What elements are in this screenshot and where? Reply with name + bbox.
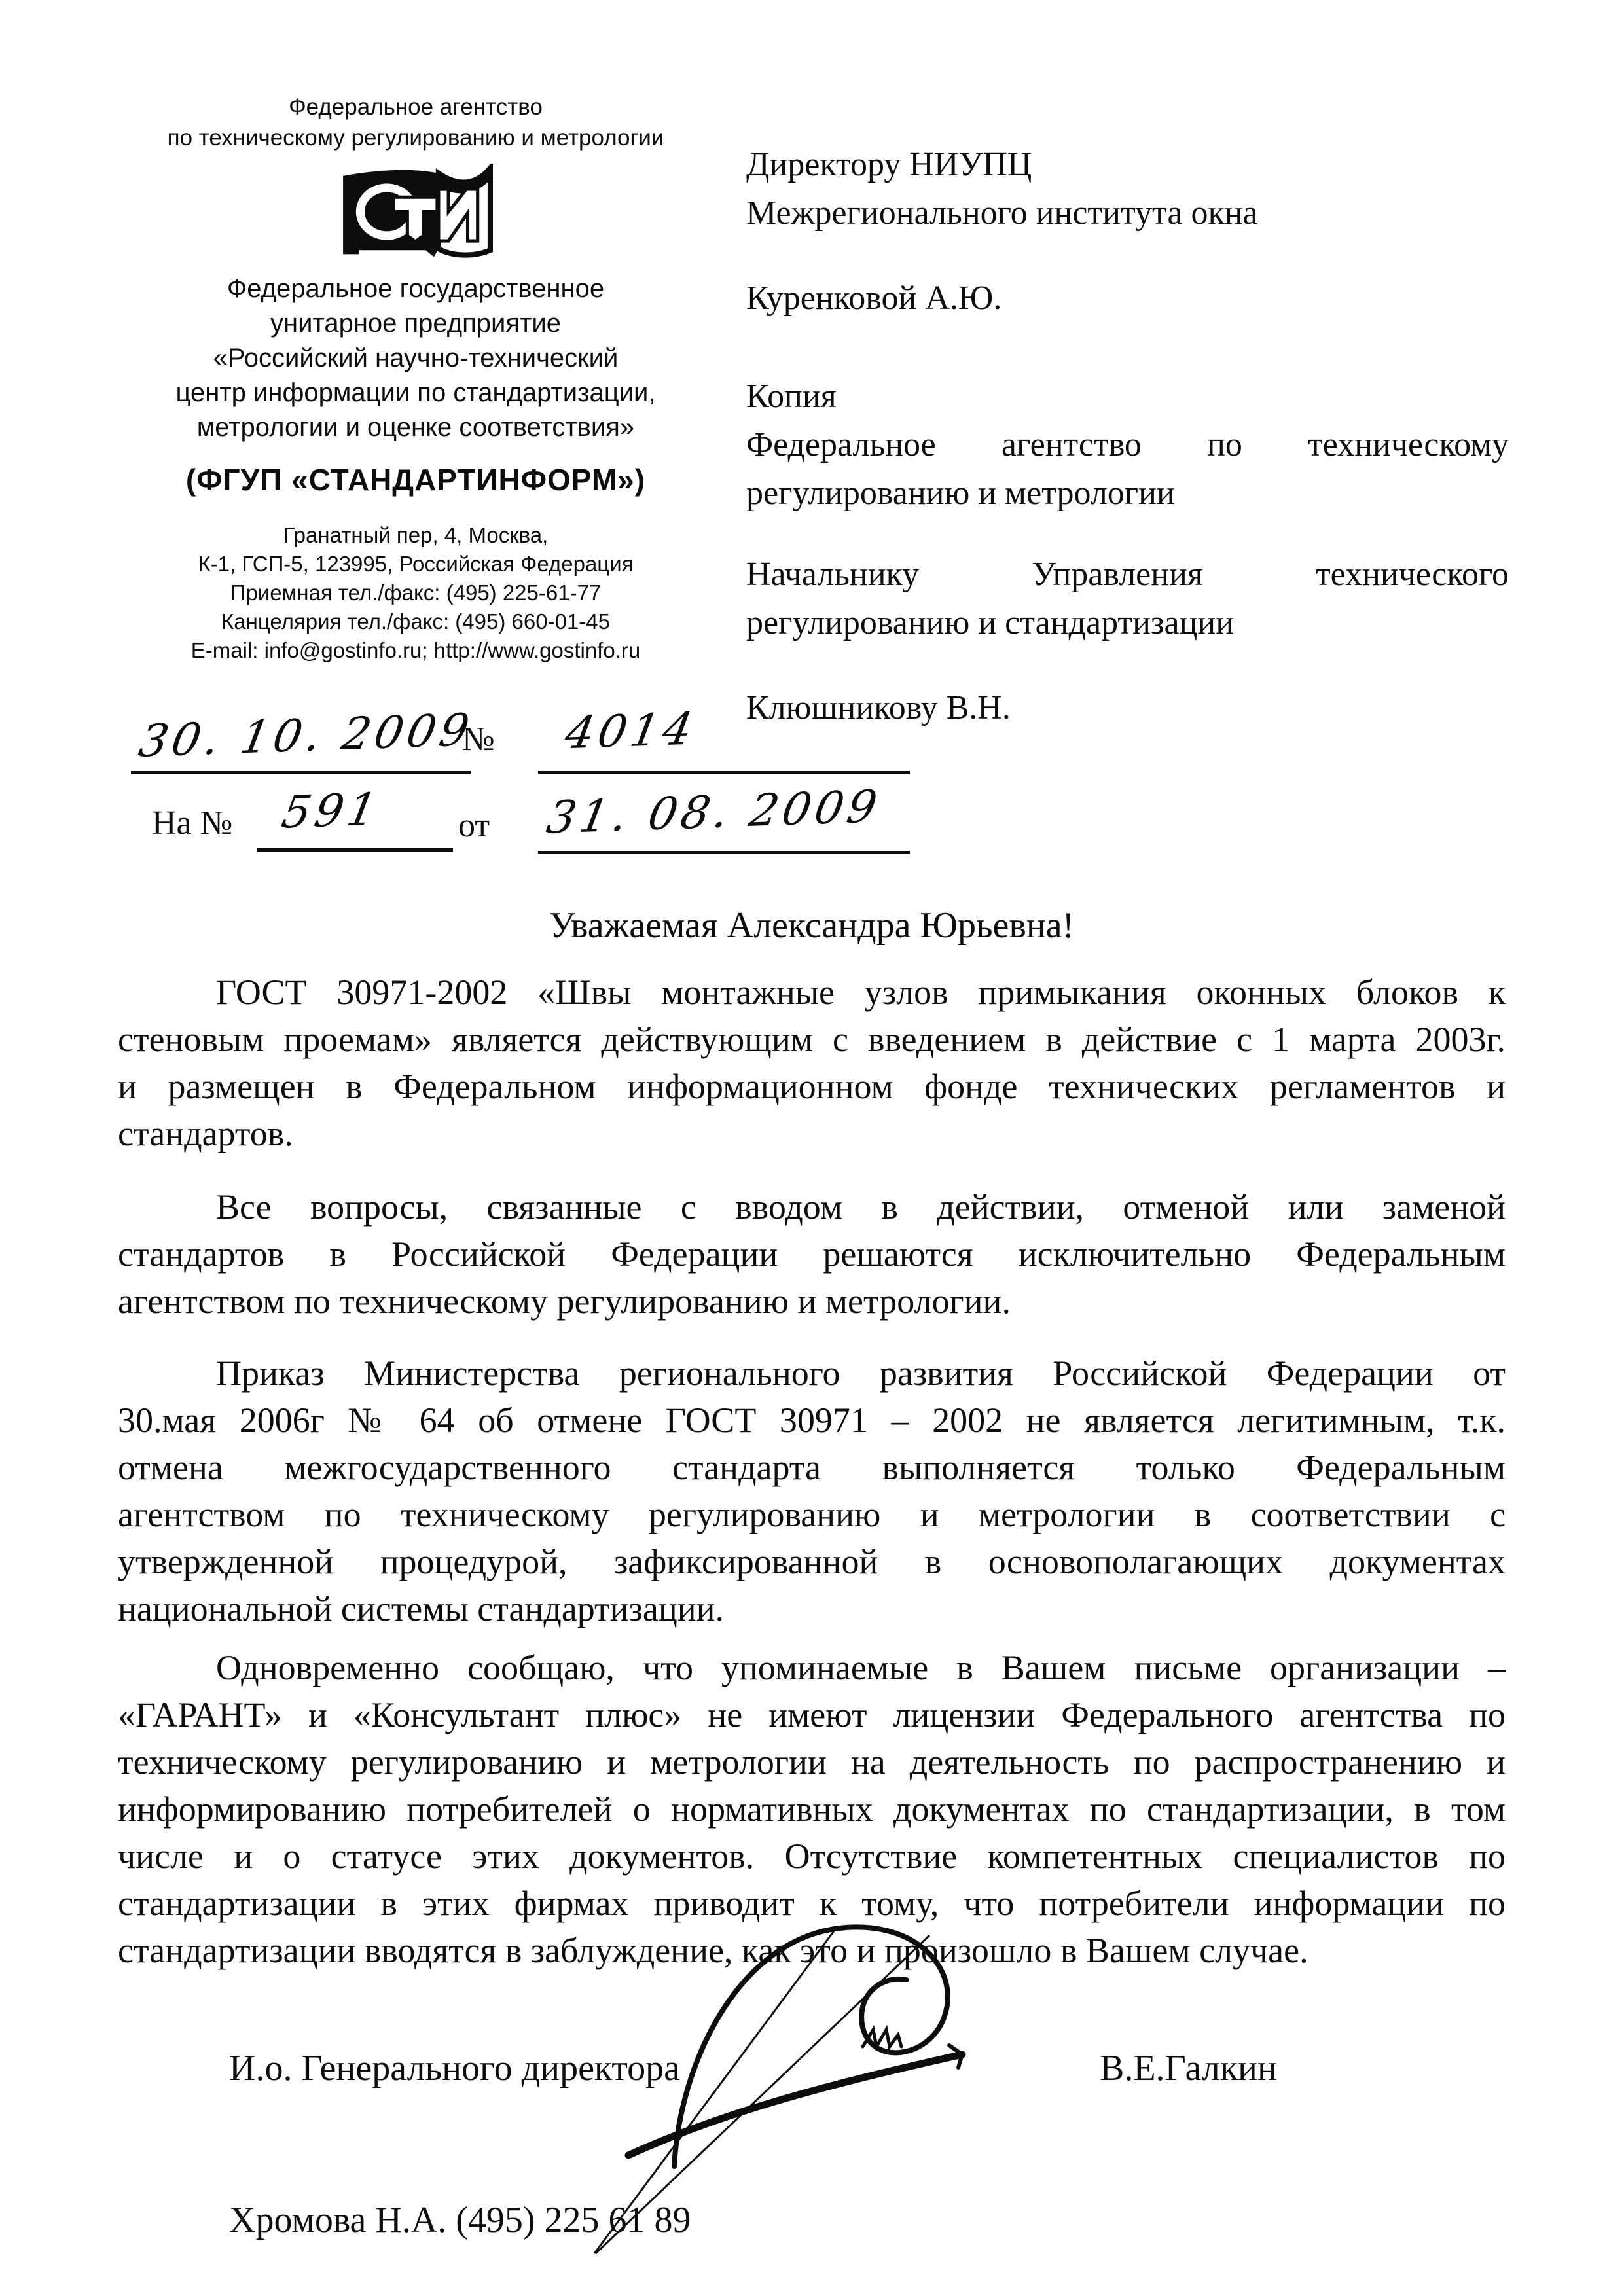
- signer-name: В.Е.Галкин: [1100, 2047, 1277, 2089]
- number-underline: [538, 771, 910, 774]
- body-line: и размещен в Федеральном информационном …: [118, 1063, 1506, 1110]
- incoming-number-underline: [257, 848, 453, 852]
- from-label: от: [458, 806, 490, 845]
- body-line: утвержденной процедурой, зафиксированной…: [118, 1538, 1506, 1585]
- company-name-line: центр информации по стандартизации,: [151, 376, 681, 410]
- salutation: Уважаемая Александра Юрьевна!: [118, 905, 1506, 946]
- addressee-org: Директору НИУПЦ Межрегионального институ…: [746, 141, 1509, 238]
- handwritten-incoming-number: 591: [278, 783, 384, 838]
- date-underline: [131, 771, 471, 774]
- copy-head-line: Начальнику Управления технического: [746, 550, 1509, 599]
- paragraph-3: Приказ Министерства регионального развит…: [118, 1350, 1506, 1632]
- company-contacts: Гранатный пер, 4, Москва, К-1, ГСП-5, 12…: [151, 521, 681, 665]
- body-line: агентством по техническому регулированию…: [118, 1278, 1506, 1325]
- copy-head-line: регулированию и стандартизации: [746, 599, 1509, 647]
- copy-org-line: регулированию и метрологии: [746, 469, 1509, 518]
- agency-name-line2: по техническому регулированию и метролог…: [151, 122, 681, 153]
- company-name-line: унитарное предприятие: [151, 306, 681, 341]
- body-line: техническому регулированию и метрологии …: [118, 1738, 1506, 1785]
- body-line: стандартов в Российской Федерации решают…: [118, 1230, 1506, 1278]
- copy-label: Копия: [746, 372, 1509, 421]
- company-name-line: метрологии и оценке соответствия»: [151, 410, 681, 445]
- copy-org-line: Федеральное агентство по техническому: [746, 421, 1509, 469]
- address-line: Гранатный пер, 4, Москва,: [151, 521, 681, 550]
- body-line: Приказ Министерства регионального развит…: [118, 1350, 1506, 1397]
- phone-line: Канцелярия тел./факс: (495) 660-01-45: [151, 607, 681, 636]
- body-line: отмена межгосударственного стандарта вып…: [118, 1444, 1506, 1491]
- body-line: агентством по техническому регулированию…: [118, 1491, 1506, 1538]
- recipient-block: Директору НИУПЦ Межрегионального институ…: [746, 141, 1509, 732]
- company-name-line: Федеральное государственное: [151, 272, 681, 306]
- company-name-line: «Российский научно-технический: [151, 341, 681, 376]
- body-line: Все вопросы, связанные с вводом в действ…: [118, 1183, 1506, 1230]
- copy-org: Копия Федеральное агентство по техническ…: [746, 372, 1509, 518]
- body-line: числе и о статусе этих документов. Отсут…: [118, 1833, 1506, 1880]
- agency-name-line1: Федеральное агентство: [151, 92, 681, 122]
- executor-contact: Хромова Н.А. (495) 225 61 89: [229, 2199, 691, 2241]
- phone-line: Приемная тел./факс: (495) 225-61-77: [151, 579, 681, 607]
- body-line: 30.мая 2006г № 64 об отмене ГОСТ 30971 –…: [118, 1397, 1506, 1444]
- addressee-line: Директору НИУПЦ: [746, 141, 1509, 189]
- body-line: национальной системы стандартизации.: [118, 1585, 1506, 1632]
- company-short-name: (ФГУП «СТАНДАРТИНФОРМ»): [151, 462, 681, 497]
- paragraph-2: Все вопросы, связанные с вводом в действ…: [118, 1183, 1506, 1325]
- body-line: «ГАРАНТ» и «Консультант плюс» не имеют л…: [118, 1691, 1506, 1738]
- paragraph-1: ГОСТ 30971-2002 «Швы монтажные узлов при…: [118, 969, 1506, 1157]
- company-name: Федеральное государственное унитарное пр…: [151, 272, 681, 445]
- body-line: стандартов.: [118, 1110, 1506, 1157]
- address-line: К-1, ГСП-5, 123995, Российская Федерация: [151, 550, 681, 579]
- copy-head-name: Клюшникову В.Н.: [746, 684, 1509, 732]
- copy-head: Начальнику Управления технического регул…: [746, 550, 1509, 647]
- body-line: Одновременно сообщаю, что упоминаемые в …: [118, 1644, 1506, 1691]
- handwritten-incoming-date: 31. 08. 2009: [543, 781, 884, 844]
- in-reply-label: На №: [152, 804, 232, 842]
- number-sign: №: [462, 720, 495, 759]
- addressee-line: Межрегионального института окна: [746, 189, 1509, 238]
- handwritten-outgoing-number: 4014: [561, 704, 700, 760]
- incoming-date-underline: [538, 851, 910, 854]
- handwritten-date: 30. 10. 2009: [135, 704, 477, 768]
- addressee-name: Куренковой А.Ю.: [746, 274, 1509, 323]
- sti-logo-icon: [339, 164, 493, 259]
- body-line: стеновым проемам» является действующим с…: [118, 1016, 1506, 1063]
- letterhead: Федеральное агентство по техническому ре…: [151, 92, 681, 665]
- body-line: информированию потребителей о нормативны…: [118, 1785, 1506, 1833]
- letter-page: Федеральное агентство по техническому ре…: [0, 0, 1624, 2296]
- body-line: ГОСТ 30971-2002 «Швы монтажные узлов при…: [118, 969, 1506, 1016]
- email-line: E-mail: info@gostinfo.ru; http://www.gos…: [151, 636, 681, 665]
